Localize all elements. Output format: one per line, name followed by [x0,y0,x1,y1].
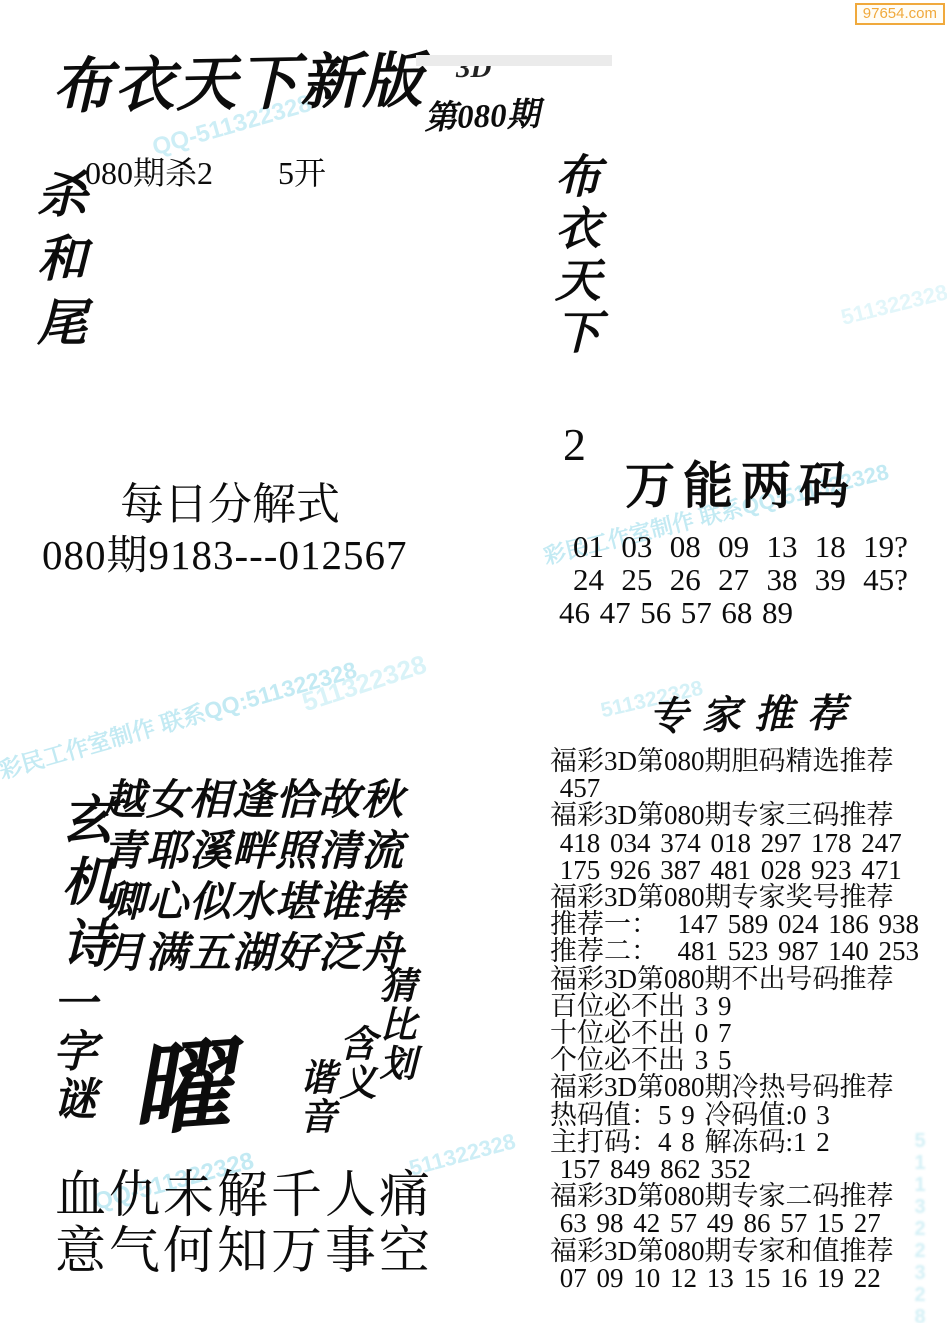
riddle-hint-homophone: 谐音 [286,1058,340,1136]
code-value: 89 [762,596,793,629]
mystery-poem-line: 卿心似水堪谁捧 [103,878,413,929]
expert-recommendation-line: 个位必不出 3 5 [550,1047,947,1074]
expert-recommendation-line: 百位必不出 3 9 [550,993,947,1020]
expert-recommendation-line: 推荐一： 147 589 024 186 938 [550,911,947,938]
two-codes-row: 01030809131819? [573,530,908,563]
code-value: 45? [863,563,908,596]
expert-recommendation-line: 157 849 862 352 [550,1156,947,1183]
code-value: 46 [559,596,590,629]
expert-recommendation-line: 福彩3D第080期不出号码推荐 [550,966,947,993]
bottom-poem-line: 意气何知万事空 [55,1224,433,1280]
issue-number: 第080期 [423,88,540,139]
bottom-poem-line: 血仇未解千人痛 [55,1168,433,1224]
watermark-text: 511322328 [298,649,430,718]
code-value: 26 [670,563,701,596]
watermark-text: 511322328 [838,279,947,331]
code-value: 38 [766,563,797,596]
code-value: 47 [600,596,631,629]
expert-recommendation-line: 十位必不出 0 7 [550,1020,947,1047]
kill-number-text: 080期杀2 [85,148,213,194]
mystery-poem-line: 青耶溪畔照清流 [103,827,413,878]
expert-recommendation-title: 专 家 推 荐 [550,681,947,744]
code-value: 56 [640,596,671,629]
code-value: 68 [721,596,752,629]
code-value: 18 [815,530,846,563]
expert-recommendation-line: 175 926 387 481 028 923 471 [550,857,947,884]
expert-recommendation-line: 福彩3D第080期专家和值推荐 [550,1238,947,1265]
bottom-poem: 血仇未解千人痛意气何知万事空 [55,1168,433,1280]
vertical-title-text: 布衣天下 [549,152,600,360]
code-value: 27 [718,563,749,596]
code-value: 09 [718,530,749,563]
page-title: 布衣天下新版 [51,33,422,125]
code-value: 19? [863,530,908,563]
expert-recommendation-line: 福彩3D第080期胆码精选推荐 [550,748,947,775]
daily-decomposition-formula: 080期9183---012567 [42,522,407,581]
code-value: 03 [621,530,652,563]
two-codes-grid: 01030809131819? 24252627383945? 46475657… [555,530,927,629]
code-value: 01 [573,530,604,563]
code-value: 13 [766,530,797,563]
expert-recommendation-section: 专 家 推 荐 福彩3D第080期胆码精选推荐 457福彩3D第080期专家三码… [550,684,947,1292]
expert-recommendation-line: 推荐二： 481 523 987 140 253 [550,938,947,965]
expert-recommendation-line: 418 034 374 018 297 178 247 [550,830,947,857]
expert-recommendation-line: 主打码：4 8 解冻码:1 2 [550,1129,947,1156]
code-value: 39 [815,563,846,596]
expert-recommendation-line: 63 98 42 57 49 86 57 15 27 [550,1210,947,1237]
code-value: 25 [621,563,652,596]
riddle-answer-character: 曜 [125,1005,235,1156]
code-value: 24 [573,563,604,596]
expert-recommendation-line: 福彩3D第080期专家奖号推荐 [550,884,947,911]
expert-recommendation-line: 热码值：5 9 冷码值:0 3 [550,1102,947,1129]
expert-recommendation-line: 福彩3D第080期冷热号码推荐 [550,1074,947,1101]
two-codes-row: 24252627383945? [573,563,908,596]
expert-recommendation-lines: 福彩3D第080期胆码精选推荐 457福彩3D第080期专家三码推荐 418 0… [550,748,947,1292]
kill-number-row: 080期杀2 5开 [85,148,326,194]
code-value: 57 [681,596,712,629]
expert-recommendation-line: 457 [550,775,947,802]
site-badge[interactable]: 97654.com [855,3,945,25]
expert-recommendation-line: 福彩3D第080期专家二码推荐 [550,1183,947,1210]
expert-recommendation-line: 福彩3D第080期专家三码推荐 [550,802,947,829]
watermark-text: 彩民工作室制作 联系QQ:511322328 [0,652,360,786]
two-codes-title: 万能两码 [555,446,927,518]
one-character-riddle-vertical-title: 一字谜 [38,980,102,1140]
code-value: 08 [670,530,701,563]
scan-artifact-band [416,55,612,66]
universal-two-codes-section: 万能两码 01030809131819? 24252627383945? 464… [555,446,927,629]
open-number-text: 5开 [278,148,326,194]
mystery-poem-lines: 越女相逢恰故秋青耶溪畔照清流卿心似水堪谁捧月满五湖好泛舟 [103,776,413,980]
expert-recommendation-line: 07 09 10 12 13 15 16 19 22 [550,1265,947,1292]
lottery-tip-sheet: 97654.com QQ-511322328 彩民工作室制作 联系QQ:5113… [0,0,947,1323]
mystery-poem-line: 越女相逢恰故秋 [103,776,413,827]
buyi-tianxia-vertical-title: 布衣天下 2 [541,152,607,422]
two-codes-row: 464756576889 [559,596,793,629]
kill-sum-tail-vertical-title: 杀和尾 [30,168,86,388]
